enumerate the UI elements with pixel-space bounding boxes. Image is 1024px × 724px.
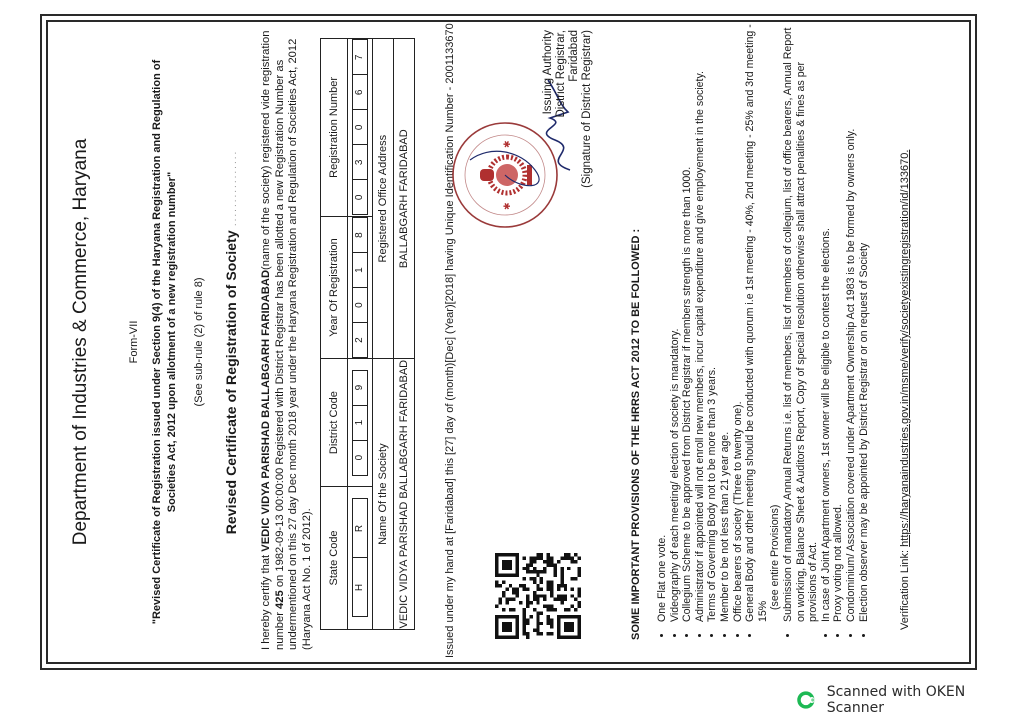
digit-box: 2 [353, 322, 367, 357]
signatory-line-2: District Registrar, [555, 30, 568, 200]
digit-box: 7 [353, 40, 367, 74]
verification-label: Verification Link: [899, 547, 911, 630]
provision-item: Terms of Governing Body not to be more t… [706, 14, 719, 624]
provision-item: Proxy voting not allowed. [832, 14, 845, 624]
digit-box: 6 [353, 74, 367, 109]
provision-item: Condominium/ Association covered under A… [845, 14, 858, 624]
year-cell: 2018 [348, 216, 373, 359]
provision-item: Member to be not less than 21 year age. [719, 14, 732, 624]
state-code-cell: HR [348, 486, 373, 629]
signatory-line-3: Faridabad [568, 30, 581, 200]
department-title: Department of Industries & Commerce, Har… [70, 14, 92, 670]
provision-item: Election observer may be appointed by Di… [858, 14, 871, 624]
provision-item: Collegium Scheme to be approved from Dis… [681, 14, 694, 624]
digit-box: 1 [353, 405, 367, 440]
header-state-code: State Code [321, 486, 348, 629]
signatory-line-1: Issuing Authority [542, 30, 555, 200]
digit-box: 9 [353, 371, 367, 405]
provisions-heading: SOME IMPORTANT PROVISIONS OF THE HRRS AC… [630, 229, 642, 640]
digit-box: 3 [353, 144, 367, 179]
registration-table: State Code District Code Year Of Registr… [320, 38, 415, 630]
scanner-watermark: Scanned with OKEN Scanner [797, 689, 1024, 711]
provision-item: One Flat one vote. [656, 14, 669, 624]
subtitle-text: Revised Certificate of Registration of S… [223, 230, 239, 534]
svg-text:✱: ✱ [502, 140, 512, 148]
state-code-boxes: HR [352, 498, 368, 617]
certification-paragraph: I hereby certify that VEDIC VIDYA PARISH… [260, 30, 314, 650]
society-name-label: Name Of the Society [373, 359, 394, 630]
certificate-sheet: Department of Industries & Commerce, Har… [40, 14, 977, 670]
form-number: Form-VII [128, 14, 140, 670]
signatory-line-4: (Signature of District Registrar) [581, 30, 594, 200]
issued-statement: Issued under my hand at [Faridabad] this… [444, 18, 456, 658]
digit-box: 0 [353, 109, 367, 144]
subtitle-dots: ................ [228, 150, 239, 226]
district-code-cell: 019 [348, 359, 373, 487]
office-address-value: BALLABGARH FARIDABAD [394, 39, 415, 359]
office-address-label: Registered Office Address [373, 39, 394, 359]
header-reg-number: Registration Number [321, 39, 348, 217]
oken-logo-icon [797, 690, 817, 710]
digit-box: 0 [353, 440, 367, 475]
certify-society-name: VEDIC VIDYA PARISHAD BALLABGARH FARIDABA… [260, 270, 272, 552]
provision-item: In case of Joint Apartment owners, 1st o… [820, 14, 833, 624]
signatory-block: Issuing Authority District Registrar, Fa… [542, 30, 594, 200]
digit-box: 0 [353, 287, 367, 322]
digit-box: R [353, 499, 367, 557]
verification-line: Verification Link: https://haryanaindust… [899, 150, 911, 630]
digit-box: 8 [353, 218, 367, 252]
header-year: Year Of Registration [321, 216, 348, 359]
provision-item: Videography of each meeting/ election of… [669, 14, 682, 624]
certify-suffix: on 1982-09-13 00:00:00 Registered with D… [274, 39, 313, 650]
provision-item: Office bearers of society (Three to twen… [732, 14, 745, 624]
qr-code-icon [495, 552, 581, 640]
digit-box: H [353, 557, 367, 616]
certify-prefix: I hereby certify that [260, 552, 272, 650]
provisions-note: (see entire Provisions) [769, 14, 782, 624]
certificate-quote-title: "Revised Certificate of Registration iss… [150, 54, 180, 630]
reg-number-cell: 03067 [348, 39, 373, 217]
verification-link[interactable]: https://haryanaindustries.gov.in/msme/ve… [899, 150, 911, 547]
svg-text:✱: ✱ [502, 202, 512, 210]
certify-old-reg-number: 425 [274, 590, 286, 609]
district-code-boxes: 019 [352, 370, 368, 476]
provision-item: General Body and other meeting should be… [744, 14, 769, 624]
sub-rule-note: (See sub-rule (2) of rule 8) [193, 14, 205, 670]
header-district-code: District Code [321, 359, 348, 487]
watermark-text: Scanned with OKEN Scanner [827, 684, 1024, 716]
digit-box: 1 [353, 252, 367, 287]
society-name-value: VEDIC VIDYA PARISHAD BALLABGARH FARIDABA… [394, 359, 415, 630]
provision-item: Administrator if appointed will not enro… [694, 14, 707, 624]
year-boxes: 2018 [352, 217, 368, 358]
provisions-list: One Flat one vote. Videography of each m… [656, 14, 870, 640]
provision-item: Submission of mandatory Annual Returns i… [782, 14, 820, 624]
reg-number-boxes: 03067 [352, 39, 368, 215]
certificate-subtitle: Revised Certificate of Registration of S… [223, 14, 239, 670]
digit-box: 0 [353, 179, 367, 214]
